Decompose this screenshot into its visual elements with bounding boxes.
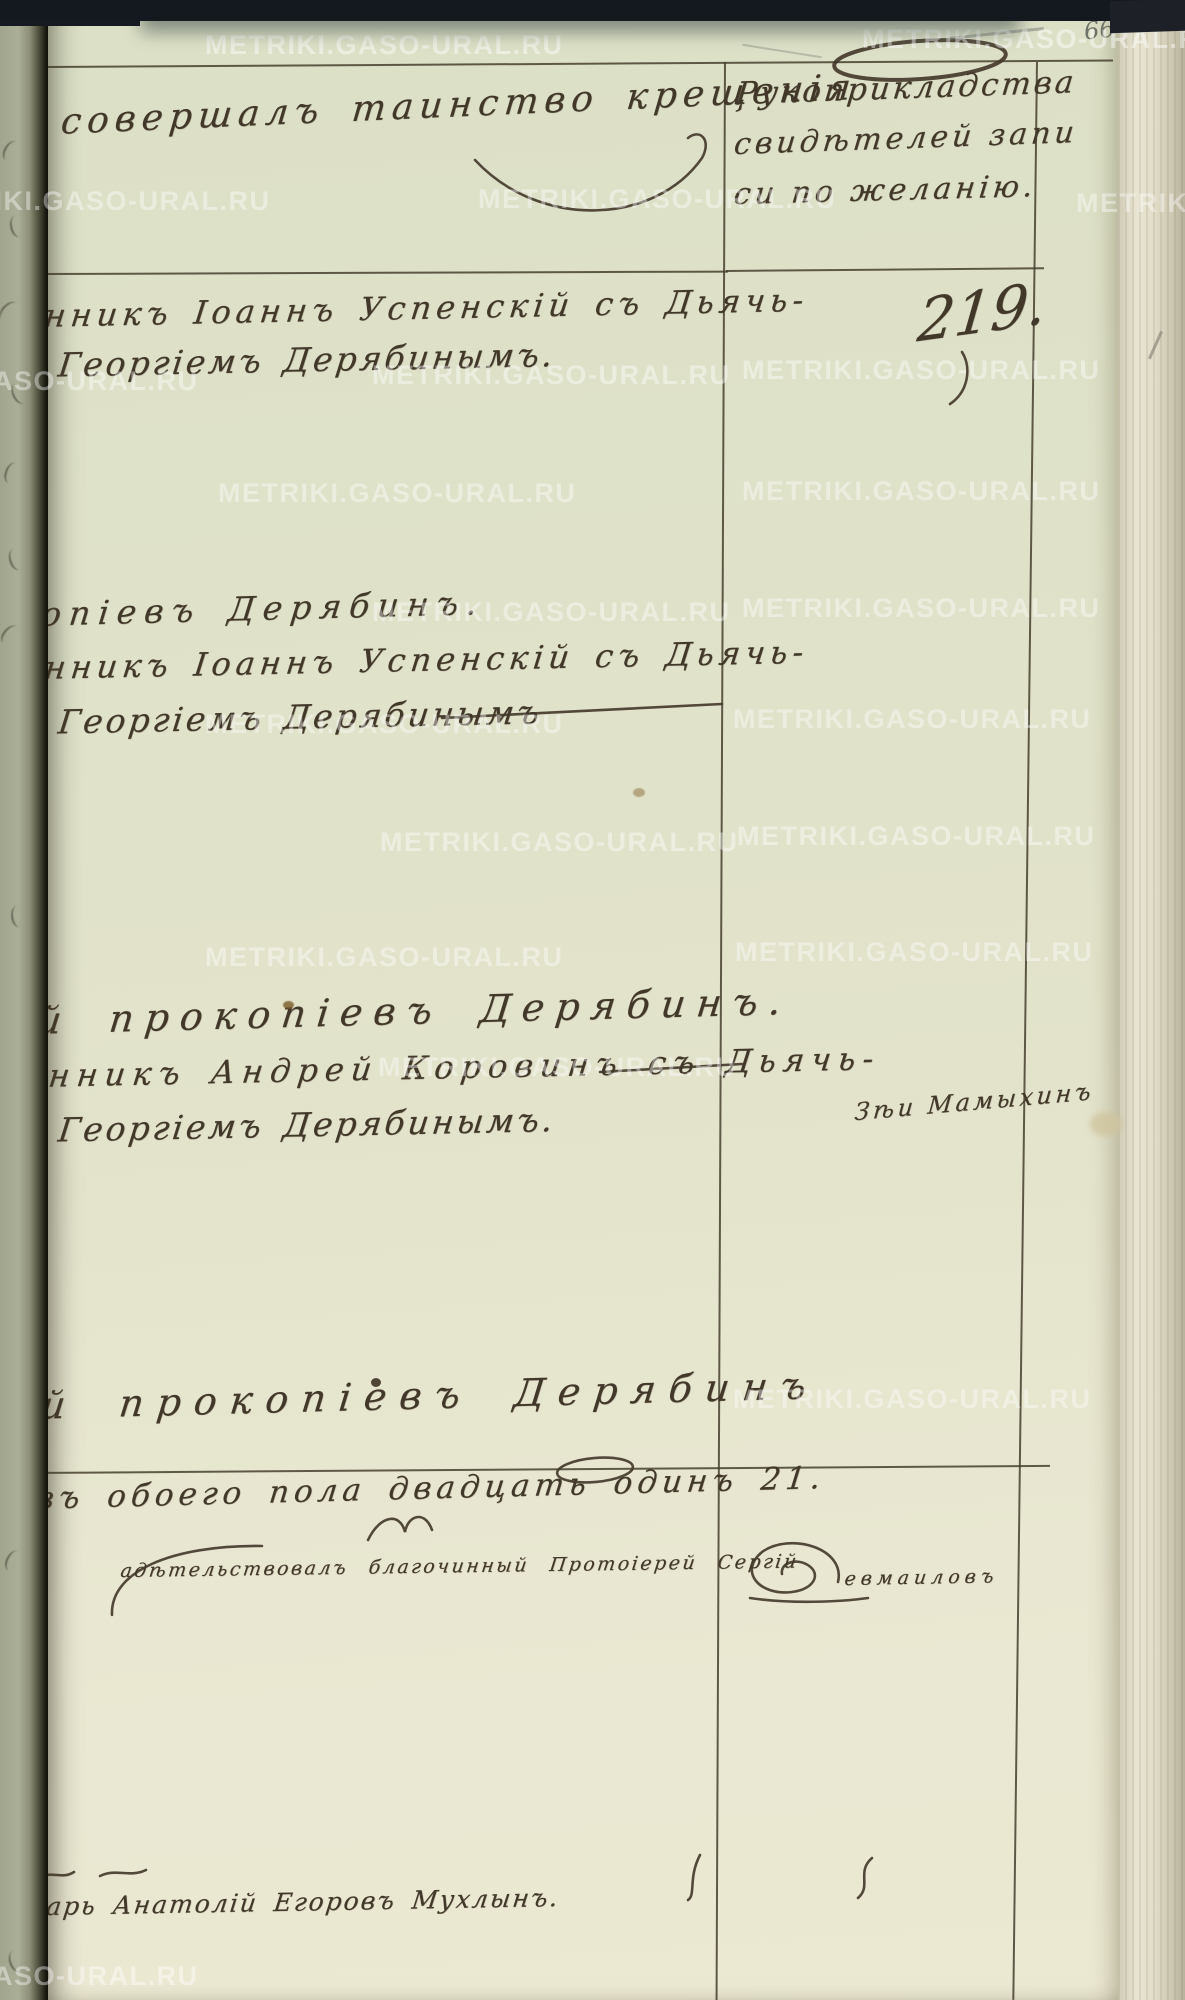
pen-flourishes	[0, 0, 1185, 2000]
ink-blot	[371, 1378, 381, 1387]
scan-background-top-right	[1110, 0, 1185, 33]
watermark: METRIKI.GASO-URAL.RU	[205, 709, 563, 740]
watermark: METRIKI.GASO-URAL.RU	[1076, 188, 1185, 219]
scan-background-top	[0, 0, 1185, 21]
watermark: METRIKI.GASO-URAL.RU	[378, 1052, 736, 1083]
certifier-underline	[750, 1598, 868, 1602]
totals-descender	[368, 1517, 432, 1540]
watermark: METRIKI.GASO-URAL.RU	[742, 355, 1100, 386]
watermark: METRIKI.GASO-URAL.RU	[737, 821, 1095, 852]
watermark: METRIKI.GASO-URAL.RU	[218, 478, 576, 509]
watermark: METRIKI.GASO-URAL.RU	[380, 827, 738, 858]
certifier-spiral	[752, 1543, 839, 1592]
paper-stain	[1090, 1112, 1122, 1136]
totals-oval	[556, 1455, 634, 1486]
watermark: METRIKI.GASO-URAL.RU	[742, 593, 1100, 624]
ink-spot	[633, 788, 645, 797]
watermark: METRIKI.GASO-URAL.RU	[205, 942, 563, 973]
watermark: METRIKI.GASO-URAL.RU	[372, 597, 730, 628]
book-gutter	[0, 0, 48, 2000]
watermark: METRIKI.GASO-URAL.RU	[0, 366, 198, 397]
watermark: METRIKI.GASO-URAL.RU	[372, 360, 730, 391]
cutoff-word-tails	[38, 1870, 146, 1878]
watermark: METRIKI.GASO-URAL.RU	[735, 937, 1093, 968]
certification-paren	[112, 1546, 262, 1615]
watermark: METRIKI.GASO-URAL.RU	[478, 184, 836, 215]
watermark: METRIKI.GASO-URAL.RU	[0, 186, 270, 217]
scanned-register-page: о совершалъ таинство крещенія Рукоприкла…	[0, 0, 1185, 2000]
margin-stroke-1	[688, 1855, 700, 1900]
watermark: METRIKI.GASO-URAL.RU	[733, 1384, 1091, 1415]
watermark: METRIKI.GASO-URAL.RU	[742, 476, 1100, 507]
ink-spot	[283, 1001, 294, 1009]
watermark: METRIKI.GASO-URAL.RU	[733, 704, 1091, 735]
watermark: METRIKI.GASO-URAL.RU	[205, 30, 563, 61]
margin-stroke-2	[858, 1858, 872, 1898]
watermark: METRIKI.GASO-URAL.RU	[0, 1961, 198, 1992]
